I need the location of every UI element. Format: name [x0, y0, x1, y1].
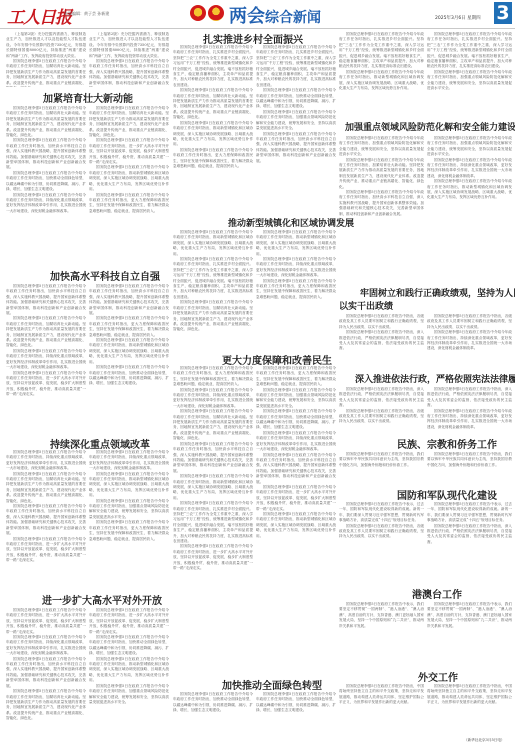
- article-tech-col2: 国务院总理李强5日在政府工作报告中介绍今年政府工作任务时指出，加快高水平科技自立…: [89, 284, 169, 434]
- article-rural-col1: 国务院总理李强5日在政府工作报告中介绍今年政府工作任务时指出，扎实推进乡村全面振…: [173, 45, 253, 230]
- article-defense-col2: 国务院总理李强5日在政府工作报告中表示，过去一年，国防和军队现代化建设取得新的成…: [427, 502, 512, 582]
- article-open-col2: 国务院总理李强5日在政府工作报告中介绍今年政府工作任务时指出，进一步扩大高水平对…: [89, 608, 169, 746]
- headline-risk: 加强重点领域风险防范化解和安全能力建设: [345, 120, 515, 133]
- article-law-col1: 国务院总理李强5日在政府工作报告中指出，深入推进依法行政，严格依照宪法法律履职尽…: [339, 387, 424, 435]
- editors-credit: 本版编辑：黄子芸 孙新建: [64, 11, 109, 17]
- article-defense-col1: 国务院总理李强5日在政府工作报告中表示，过去一年，国防和军队现代化建设取得新的成…: [339, 502, 424, 582]
- article-livelihood-col1: 国务院总理李强5日在政府工作报告中介绍今年政府工作任务时指出，更大力度保障和改善…: [173, 366, 253, 671]
- page-number-badge: 3: [494, 2, 512, 24]
- article-urban-col1: 国务院总理李强5日在政府工作报告中介绍今年政府工作任务时指出，推动新型城镇化和区…: [173, 230, 253, 348]
- headline-green: 加快推动全面绿色转型: [222, 677, 322, 692]
- article-law-col2: 国务院总理李强5日在政府工作报告中指出，深入推进依法行政，严格依照宪法法律履职尽…: [427, 387, 512, 435]
- article-rural-col2: 国务院总理李强5日在政府工作报告中介绍今年政府工作任务时指出，扎实推进乡村全面振…: [256, 45, 336, 230]
- issue-date: 2025年3月6日 星期四: [435, 15, 481, 21]
- section-title-main: 两会: [229, 6, 265, 27]
- headline-urban: 推动新型城镇化和区域协调发展: [228, 216, 354, 229]
- article-hkmt-col1: 国务院总理李强5日在政府工作报告中表示，我们要坚定不移贯彻“一国两制”、“港人治…: [339, 602, 424, 667]
- article-intro-col1: （上接第2版）充分挖掘内需潜力，释放制造业生产力，加快推进人才以及技能型人才队伍…: [6, 32, 86, 87]
- section-title-rest: 综合新闻: [265, 10, 321, 26]
- headline-growth: 加紧培育壮大新动能: [43, 90, 133, 105]
- article-byline: （新华社北京3月5日电）: [464, 738, 505, 743]
- headline-livelihood: 更大力度保障和改善民生: [222, 352, 332, 367]
- headline-law: 深入推进依法行政，严格依照宪法法律履职尽责: [355, 372, 515, 385]
- article-livelihood-col2: 国务院总理李强5日在政府工作报告中介绍今年政府工作任务时指出，更大力度保障和改善…: [256, 366, 336, 671]
- national-emblem-icon: [190, 5, 206, 21]
- article-performance-col1: 国务院总理李强5日在政府工作报告中指出，各级政府及其工作人员要牢固树立和践行正确…: [339, 314, 424, 369]
- article-intro-col2: （上接第2版）充分挖掘内需潜力，释放制造业生产力，加快推进人才以及技能型人才队伍…: [89, 32, 169, 87]
- headline-rural: 扎实推进乡村全面振兴: [203, 31, 303, 46]
- headline-defense: 国防和军队现代化建设: [397, 487, 497, 502]
- article-growth-col1: 国务院总理李强5日在政府工作报告中介绍今年政府工作任务时指出，加紧培育壮大新动能…: [6, 106, 86, 266]
- article-performance-col2: 国务院总理李强5日在政府工作报告中指出，各级政府及其工作人员要牢固树立和践行正确…: [427, 314, 512, 369]
- article-rural-col3: 国务院总理李强5日在政府工作报告中介绍今年政府工作任务时指出，扎实推进乡村全面振…: [339, 32, 424, 112]
- article-urban-col2: 国务院总理李强5日在政府工作报告中介绍今年政府工作任务时指出，推动新型城镇化和区…: [256, 230, 336, 348]
- article-reform-col1: 国务院总理李强5日在政府工作报告中介绍今年政府工作任务时指出，持续深化重点领域改…: [6, 450, 86, 590]
- article-open-col1: 国务院总理李强5日在政府工作报告中介绍今年政府工作任务时指出，进一步扩大高水平对…: [6, 608, 86, 746]
- headline-reform: 持续深化重点领域改革: [50, 436, 150, 451]
- article-rural-col4: 国务院总理李强5日在政府工作报告中介绍今年政府工作任务时指出，扎实推进乡村全面振…: [427, 32, 512, 112]
- article-growth-col2: 国务院总理李强5日在政府工作报告中介绍今年政府工作任务时指出，加紧培育壮大新动能…: [89, 106, 169, 266]
- article-green-col2: 国务院总理李强5日在政府工作报告中介绍今年政府工作任务时指出，加快推动全面绿色转…: [256, 692, 336, 746]
- article-ethnic-col2: 国务院总理李强5日在政府工作报告中指出，我们要以铸牢中华民族共同体意识为主线，坚…: [427, 452, 512, 484]
- article-tech-col1: 国务院总理李强5日在政府工作报告中介绍今年政府工作任务时指出，加快高水平科技自立…: [6, 284, 86, 434]
- headline-performance-line2: 以实干出政绩: [339, 299, 393, 312]
- masthead: 工人日报 本版编辑：黄子芸 孙新建 两会综合新闻 2025年3月6日 星期四 3: [0, 0, 515, 29]
- article-hkmt-col2: 国务院总理李强5日在政府工作报告中表示，我们要坚定不移贯彻“一国两制”、“港人治…: [427, 602, 512, 667]
- headline-hkmt: 港澳台工作: [412, 586, 462, 601]
- article-foreign-col2: 国务院总理李强5日在政府工作报告中指出，中国将始终坚持独立自主的和平外交政策，坚…: [427, 684, 512, 732]
- article-foreign-col1: 国务院总理李强5日在政府工作报告中指出，中国将始终坚持独立自主的和平外交政策，坚…: [339, 684, 424, 744]
- headline-tech: 加快高水平科技自立自强: [50, 268, 160, 283]
- article-reform-col2: 国务院总理李强5日在政府工作报告中介绍今年政府工作任务时指出，持续深化重点领域改…: [89, 450, 169, 590]
- section-title: 两会综合新闻: [229, 2, 321, 28]
- headline-performance: 牢固树立和践行正确政绩观，坚持为人民出政绩、: [360, 286, 515, 299]
- article-risk-col2: 国务院总理李强5日在政府工作报告中介绍今年政府工作任务时指出，加强重点领域风险防…: [427, 136, 512, 281]
- article-ethnic-col1: 国务院总理李强5日在政府工作报告中指出，我们要以铸牢中华民族共同体意识为主线，坚…: [339, 452, 424, 484]
- headline-open: 进一步扩大高水平对外开放: [42, 592, 162, 607]
- cppcc-emblem-icon: [208, 5, 224, 21]
- headline-ethnic: 民族、宗教和侨务工作: [397, 436, 497, 451]
- article-risk-col1: 国务院总理李强5日在政府工作报告中介绍今年政府工作任务时指出，加强重点领域风险防…: [339, 136, 424, 281]
- paper-logo: 工人日报: [7, 3, 71, 28]
- article-green-col1: 国务院总理李强5日在政府工作报告中介绍今年政府工作任务时指出，加快推动全面绿色转…: [173, 692, 253, 746]
- headline-foreign: 外交工作: [418, 669, 458, 684]
